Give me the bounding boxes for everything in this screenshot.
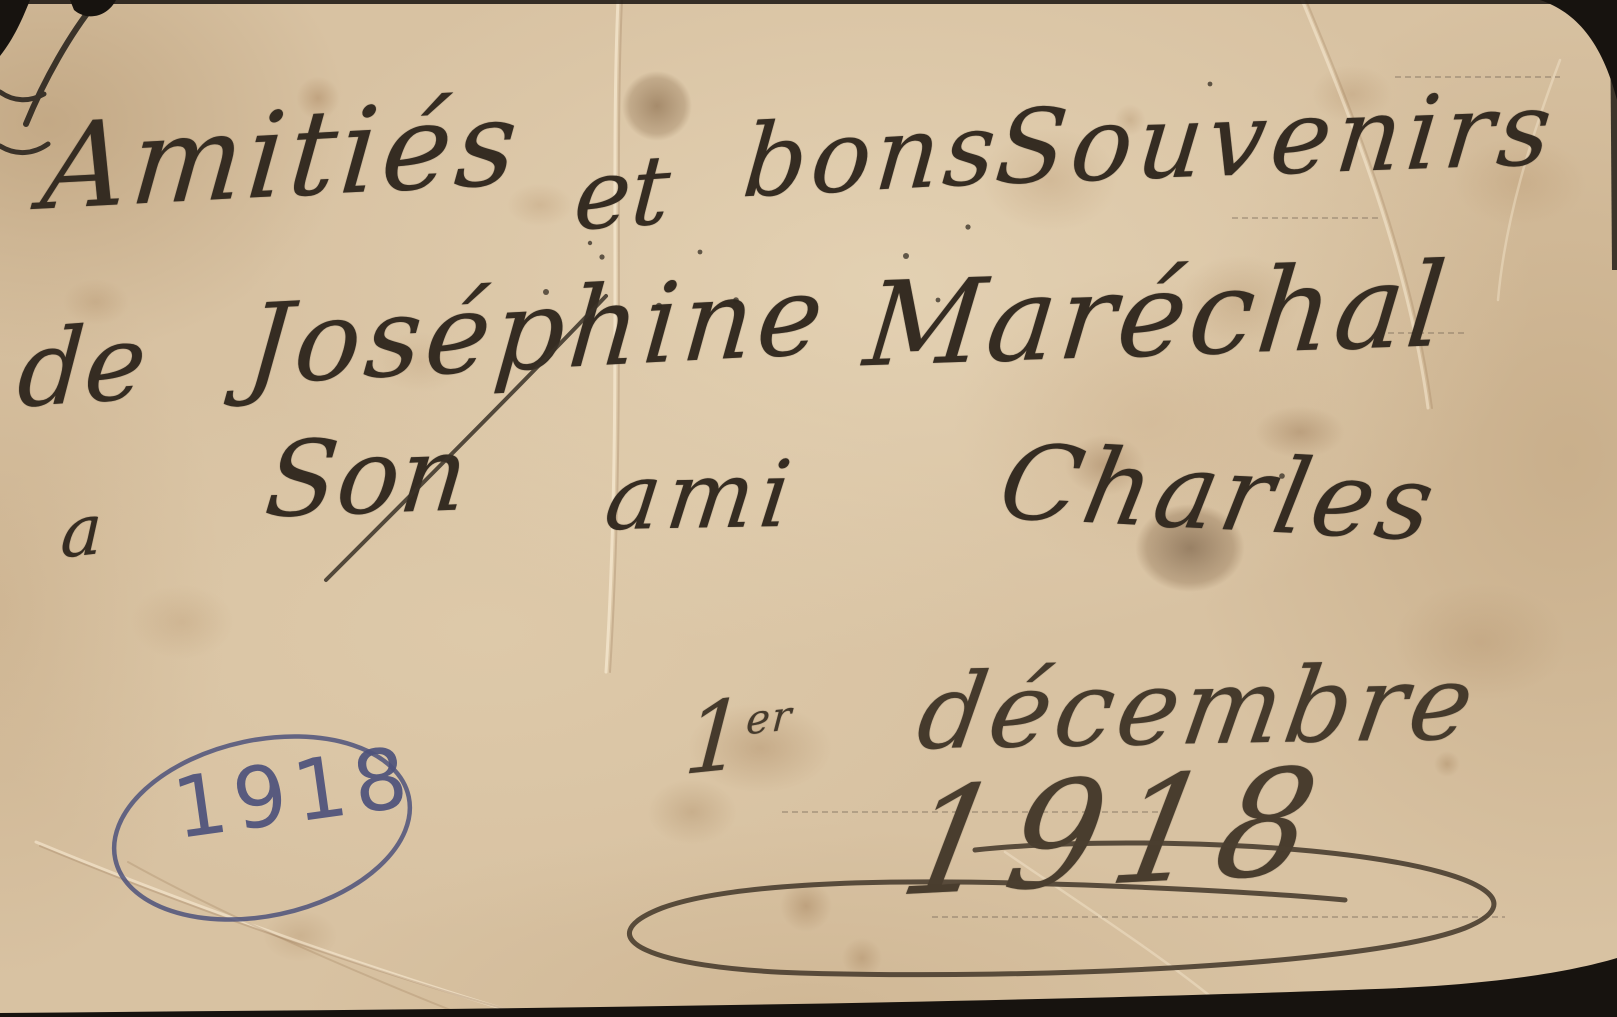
j-descender-flourish: [326, 296, 606, 580]
scan-edge-shadows: [0, 0, 1617, 1017]
archival-year-oval: [97, 711, 427, 946]
year-underline-flourish: [629, 843, 1493, 975]
postcard-scan: Amitiés et bons Souvenirs de Joséphine M…: [0, 0, 1617, 1017]
ink-and-edge-marks: [0, 0, 1617, 1017]
ink-speckles: [543, 82, 1285, 479]
